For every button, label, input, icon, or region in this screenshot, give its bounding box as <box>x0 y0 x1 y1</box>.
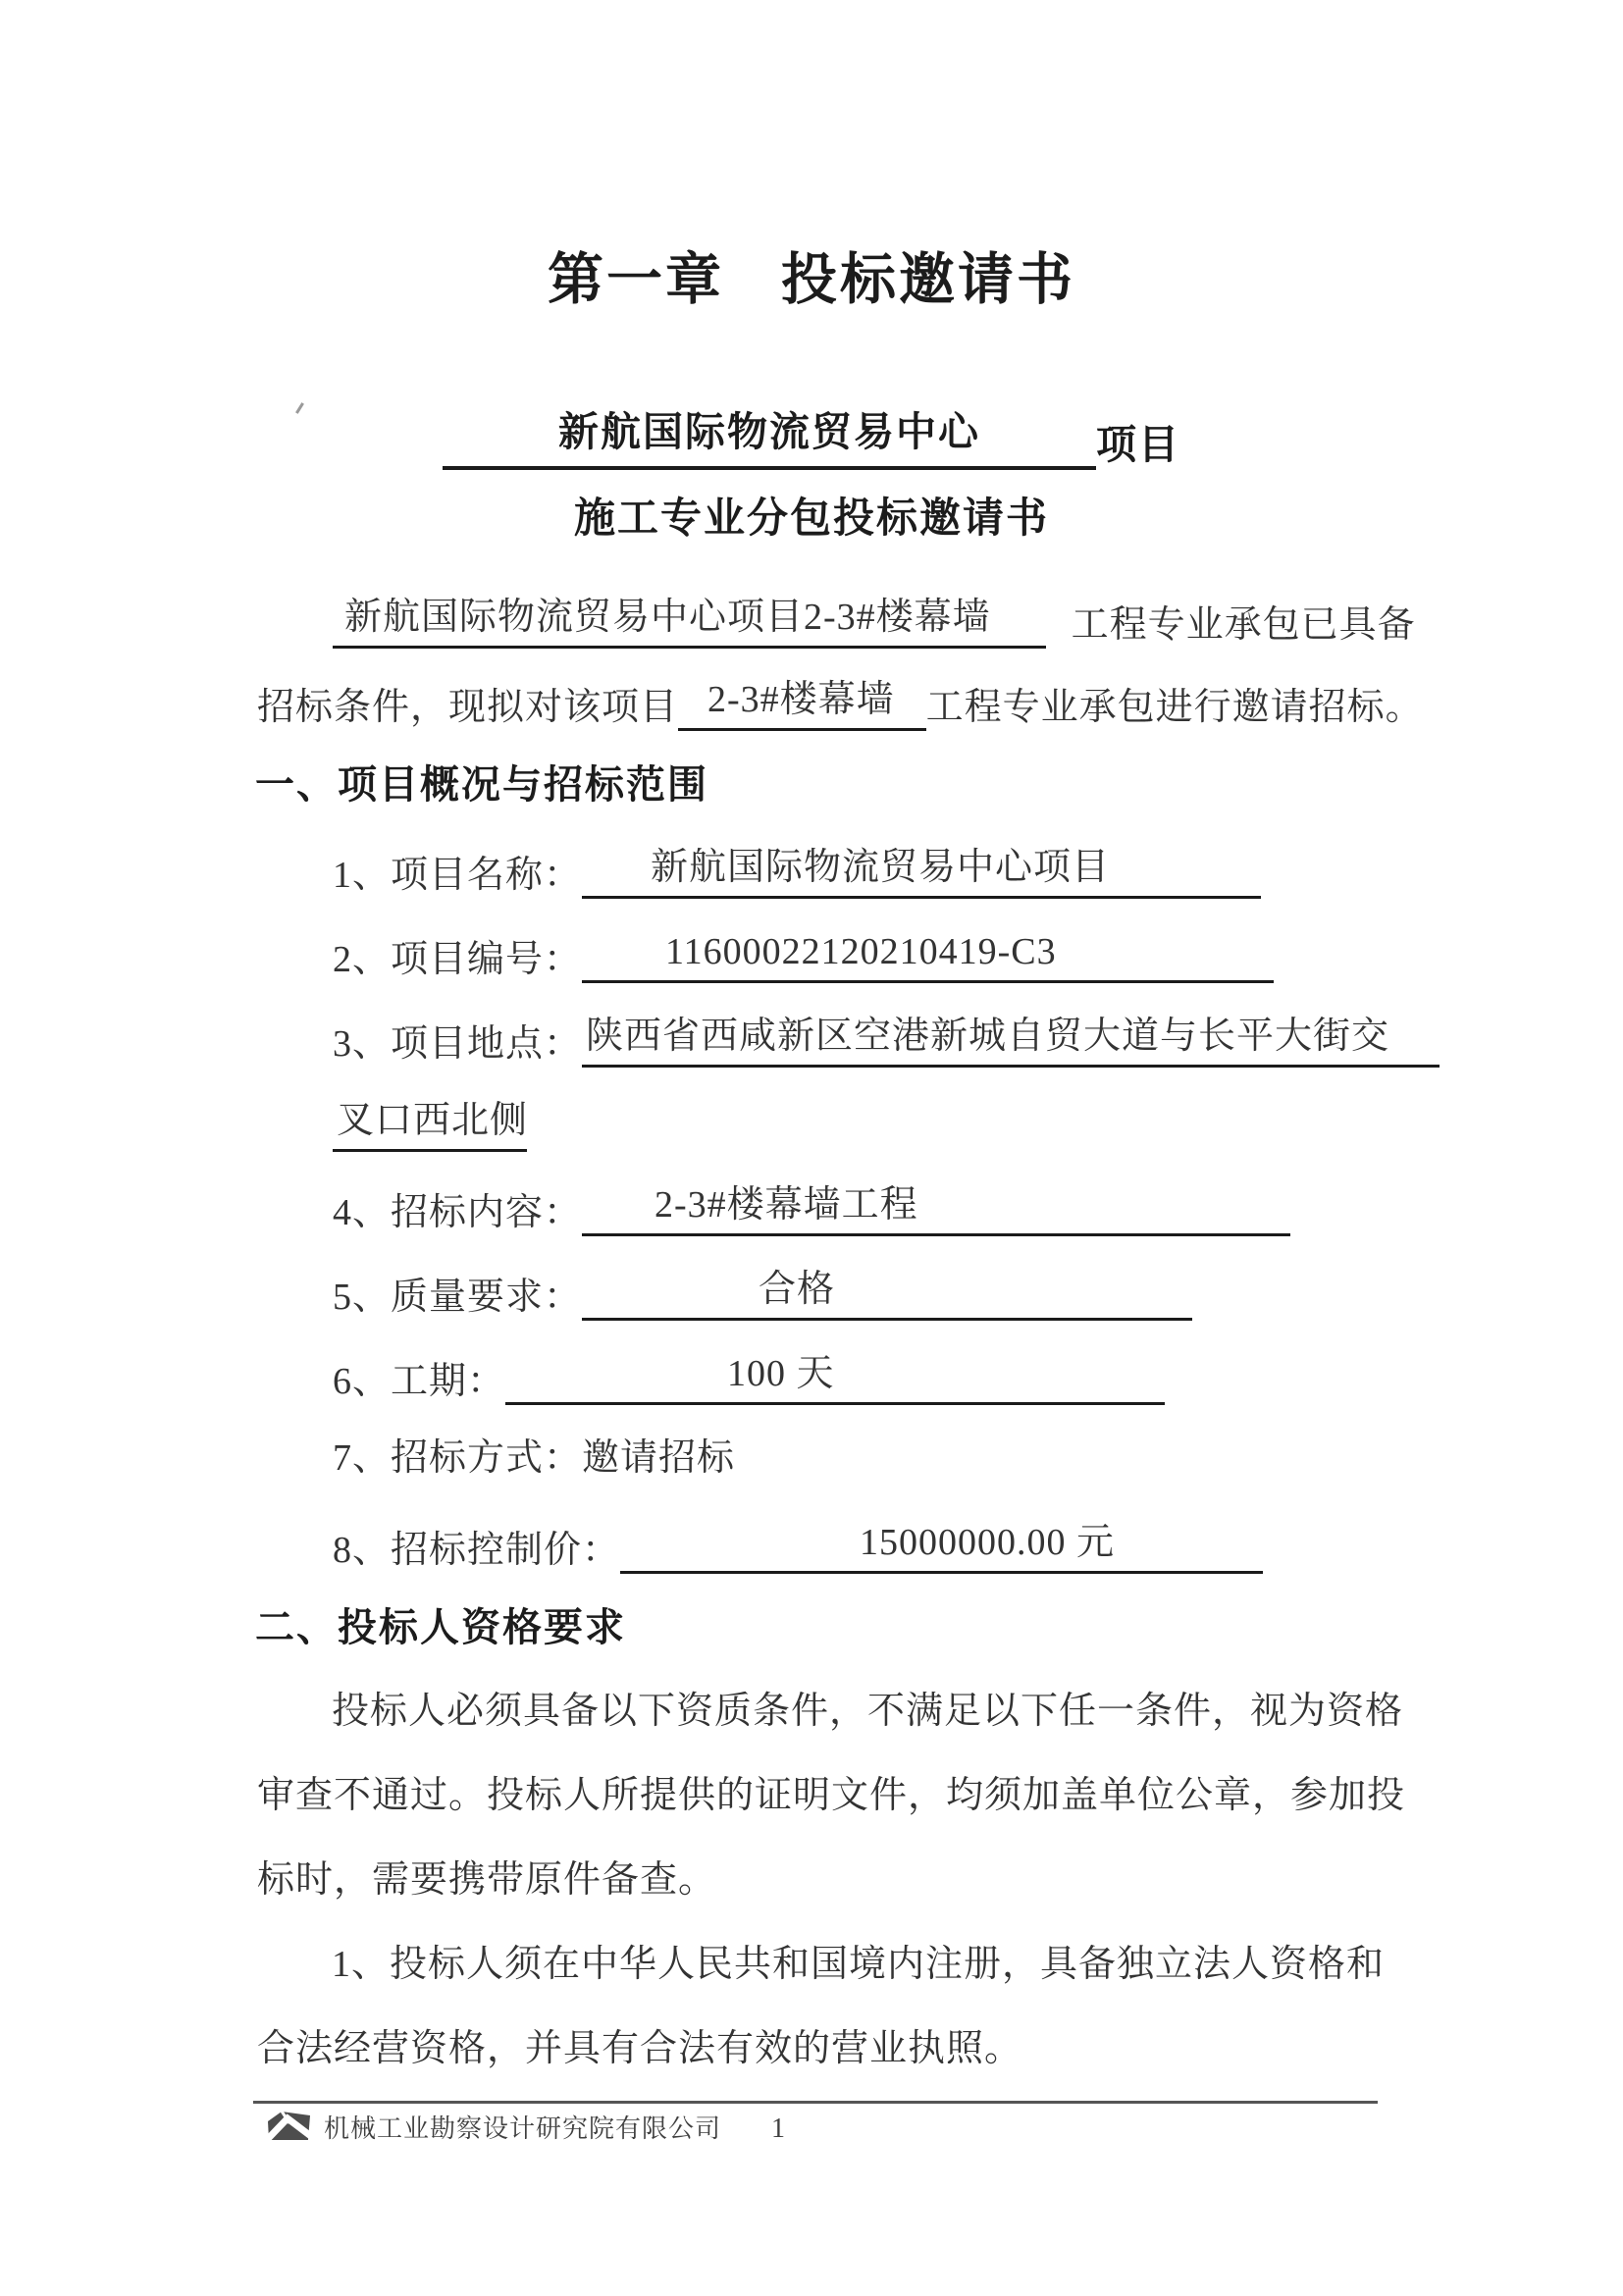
item-value-underline: 11600022120210419-C3 <box>582 928 1274 983</box>
item-bid-content: 4、招标内容：2-3#楼幕墙工程 <box>333 1181 1290 1236</box>
footer-divider <box>253 2101 1378 2104</box>
item-bid-ceiling-price: 8、招标控制价：15000000.00 元 <box>333 1519 1263 1574</box>
item-label: 8、招标控制价： <box>333 1530 620 1571</box>
paragraph-text: 1、投标人须在中华人民共和国境内注册，具备独立法人资格和 <box>332 1944 1385 1985</box>
intro-line1-rest: 工程专业承包已具备 <box>1072 604 1416 646</box>
item-value: 陕西省西咸新区空港新城自贸大道与长平大街交 <box>586 1016 1389 1057</box>
page-number: 1 <box>771 2112 786 2147</box>
qualification-para-line3: 标时，需要携带原件备查。 <box>257 1856 716 1904</box>
intro-line1: 新航国际物流贸易中心项目2-3#楼幕墙工程专业承包已具备 <box>333 594 1416 649</box>
item-value: 2-3#楼幕墙工程 <box>654 1184 918 1226</box>
qualification-para-line1: 投标人必须具备以下资质条件，不满足以下任一条件，视为资格 <box>257 1688 1403 1735</box>
chapter-title: 第一章投标邀请书 <box>0 247 1623 312</box>
item-bid-method: 7、招标方式：邀请招标 <box>333 1435 735 1482</box>
paragraph-text: 投标人必须具备以下资质条件，不满足以下任一条件，视为资格 <box>332 1691 1403 1732</box>
qualification-para-line2: 审查不通过。投标人所提供的证明文件，均须加盖单位公章，参加投 <box>257 1772 1405 1819</box>
item-label: 4、招标内容： <box>333 1192 582 1233</box>
chapter-name: 投标邀请书 <box>781 248 1075 311</box>
intro-line2-underlined-text: 2-3#楼幕墙 <box>707 679 895 720</box>
company-name: 机械工业勘察设计研究院有限公司 <box>324 2112 721 2147</box>
intro-line2-underline: 2-3#楼幕墙 <box>678 676 926 731</box>
item-label: 7、招标方式： <box>333 1437 582 1479</box>
item-label: 3、项目地点： <box>333 1023 582 1065</box>
document-page: 第一章投标邀请书 新航国际物流贸易中心项目 施工专业分包投标邀请书 新航国际物流… <box>0 0 1623 2296</box>
section2-heading: 二、投标人资格要求 <box>255 1603 626 1652</box>
item-duration: 6、工期：100 天 <box>333 1350 1165 1405</box>
item-value-underline: 100 天 <box>505 1350 1165 1405</box>
intro-line1-underlined: 新航国际物流贸易中心项目2-3#楼幕墙 <box>333 594 1046 649</box>
paragraph-text: 合法经营资格，并具有合法有效的营业执照。 <box>257 2028 1022 2069</box>
item-project-location-line2: 叉口西北侧 <box>333 1097 527 1152</box>
item-label: 1、项目名称： <box>333 855 582 896</box>
chapter-number: 第一章 <box>548 248 724 311</box>
registration-para-line1: 1、投标人须在中华人民共和国境内注册，具备独立法人资格和 <box>257 1941 1385 1988</box>
item-value: 新航国际物流贸易中心项目 <box>651 847 1110 888</box>
subtitle2: 施工专业分包投标邀请书 <box>0 493 1623 544</box>
item-value: 叉口西北侧 <box>337 1100 528 1141</box>
paragraph-text: 审查不通过。投标人所提供的证明文件，均须加盖单位公章，参加投 <box>257 1775 1405 1816</box>
intro-line2-post: 工程专业承包进行邀请招标。 <box>926 687 1424 728</box>
item-value: 11600022120210419-C3 <box>665 931 1057 972</box>
item-label: 2、项目编号： <box>333 939 582 980</box>
intro-line2: 招标条件，现拟对该项目2-3#楼幕墙工程专业承包进行邀请招标。 <box>257 676 1424 731</box>
subtitle-line: 新航国际物流贸易中心项目 <box>0 406 1623 470</box>
item-label: 6、工期： <box>333 1361 505 1402</box>
item-label: 5、质量要求： <box>333 1277 582 1318</box>
company-logo-icon <box>266 2111 313 2144</box>
registration-para-line2: 合法经营资格，并具有合法有效的营业执照。 <box>257 2025 1022 2072</box>
item-quality-requirement: 5、质量要求：合格 <box>333 1266 1192 1321</box>
item-value-underline: 新航国际物流贸易中心项目 <box>582 844 1261 899</box>
item-value-underline: 15000000.00 元 <box>620 1519 1263 1574</box>
item-project-name: 1、项目名称：新航国际物流贸易中心项目 <box>333 844 1261 899</box>
intro-line2-pre: 招标条件，现拟对该项目 <box>257 687 678 728</box>
section1-heading: 一、项目概况与招标范围 <box>255 760 708 809</box>
item-value: 100 天 <box>727 1353 835 1394</box>
subtitle-suffix: 项目 <box>1096 422 1180 467</box>
item-value-underline: 2-3#楼幕墙工程 <box>582 1181 1290 1236</box>
item-value-underline: 陕西省西咸新区空港新城自贸大道与长平大街交 <box>582 1013 1440 1068</box>
item-project-location: 3、项目地点：陕西省西咸新区空港新城自贸大道与长平大街交 <box>333 1013 1440 1068</box>
intro-line1-underlined-text: 新航国际物流贸易中心项目2-3#楼幕墙 <box>344 597 991 638</box>
item-value: 邀请招标 <box>582 1437 735 1479</box>
item-project-number: 2、项目编号：11600022120210419-C3 <box>333 928 1274 983</box>
subtitle-project-name: 新航国际物流贸易中心 <box>558 409 980 454</box>
item-value: 合格 <box>759 1269 835 1310</box>
item-value-underline: 叉口西北侧 <box>333 1097 527 1152</box>
paragraph-text: 标时，需要携带原件备查。 <box>257 1859 716 1901</box>
item-value: 15000000.00 元 <box>860 1522 1115 1563</box>
subtitle-project-name-underline: 新航国际物流贸易中心 <box>443 406 1096 470</box>
item-value-underline: 合格 <box>582 1266 1192 1321</box>
